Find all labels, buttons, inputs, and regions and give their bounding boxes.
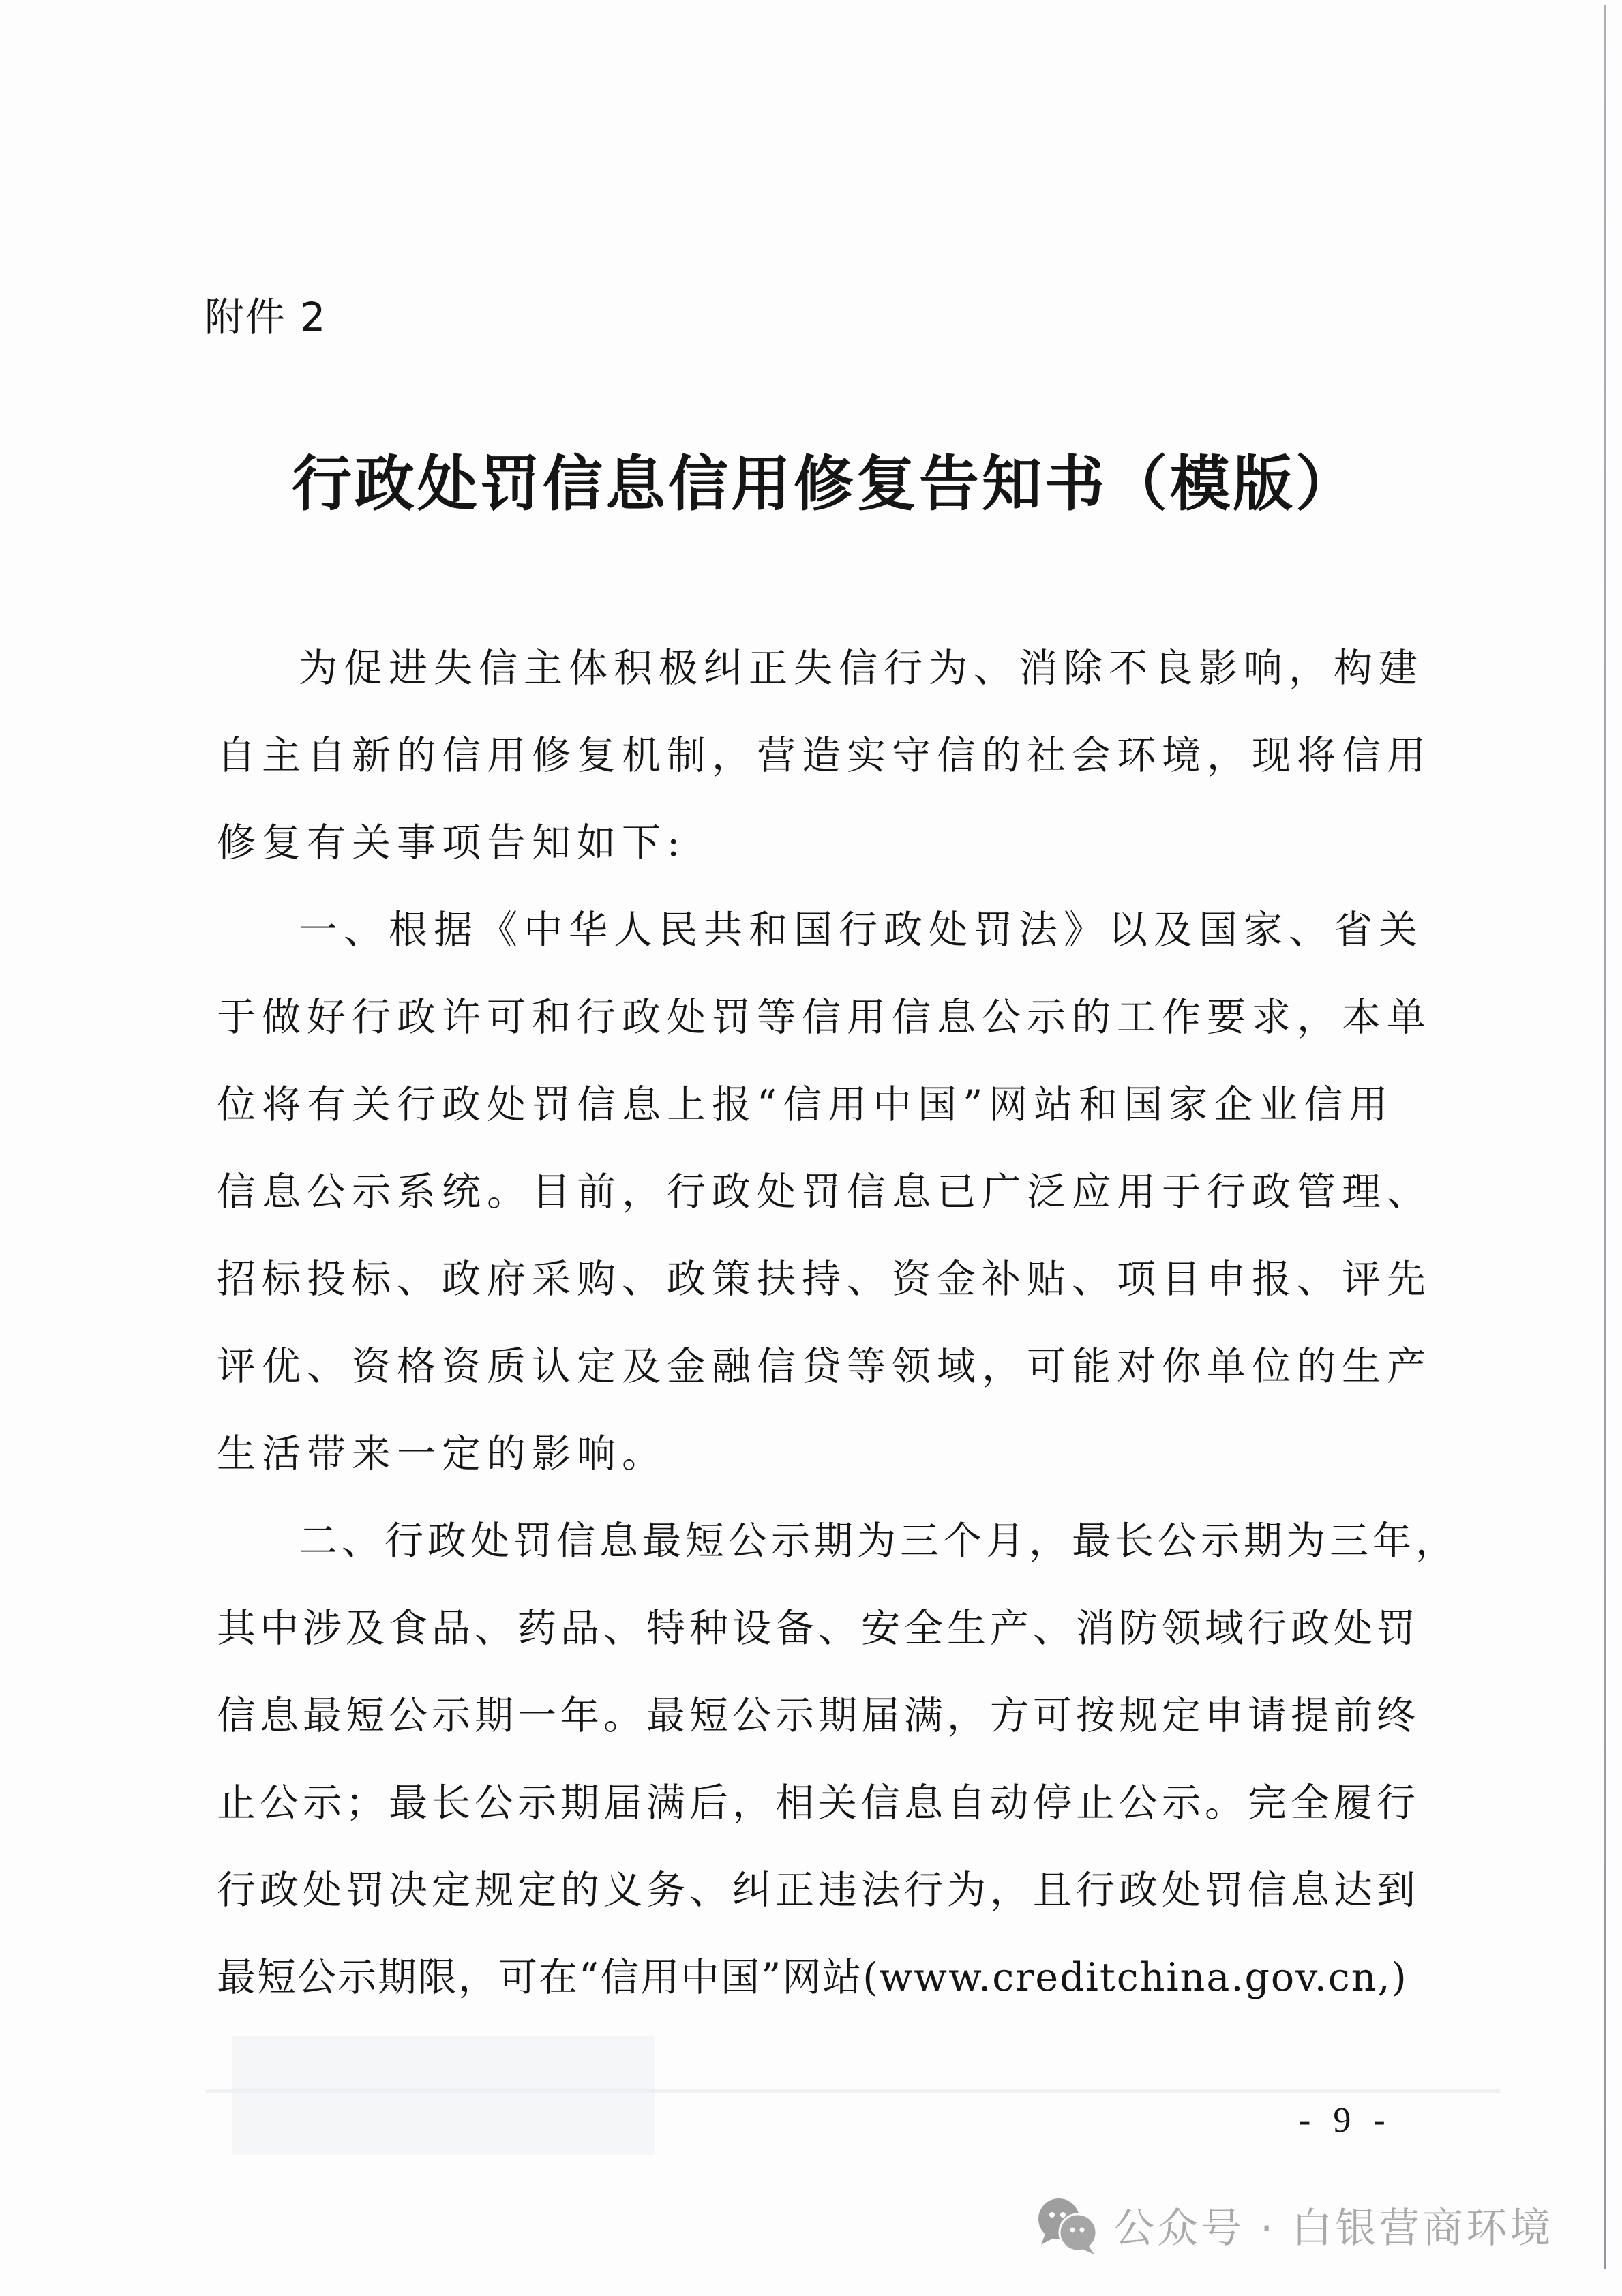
attachment-label: 附件 2	[205, 285, 327, 342]
document-title: 行政处罚信息信用修复告知书（模版）	[292, 436, 1383, 522]
page-edge-line	[1604, 5, 1606, 2269]
body-line: 自主自新的信用修复机制，营造实守信的社会环境，现将信用	[217, 728, 1432, 783]
body-line: 止公示；最长公示期届满后，相关信息自动停止公示。完全履行	[217, 1776, 1420, 1830]
body-line: 其中涉及食品、药品、特种设备、安全生产、消防领域行政处罚	[217, 1601, 1420, 1656]
body-line: 二、行政处罚信息最短公示期为三个月，最长公示期为三年，	[299, 1514, 1458, 1568]
watermark: 公众号 · 白银营商环境	[1033, 2194, 1553, 2256]
body-line: 招标投标、政府采购、政策扶持、资金补贴、项目申报、评先	[217, 1252, 1432, 1307]
body-line: 修复有关事项告知如下:	[217, 816, 686, 870]
body-line: 于做好行政许可和行政处罚等信用信息公示的工作要求，本单	[217, 990, 1432, 1045]
body-line: 位将有关行政处罚信息上报“信用中国”网站和国家企业信用	[217, 1077, 1394, 1132]
body-line: 生活带来一定的影响。	[217, 1427, 667, 1481]
watermark-text: 公众号 · 白银营商环境	[1113, 2196, 1553, 2254]
body-line: 信息最短公示期一年。最短公示期届满，方可按规定申请提前终	[217, 1688, 1420, 1743]
page-number: - 9 -	[1299, 2100, 1392, 2141]
wechat-icon	[1033, 2194, 1101, 2256]
body-line: 评优、资格资质认定及金融信贷等领域，可能对你单位的生产	[217, 1339, 1432, 1394]
scan-bleed-through	[232, 2036, 655, 2155]
body-line: 信息公示系统。目前，行政处罚信息已广泛应用于行政管理、	[217, 1165, 1432, 1219]
scan-bleed-line	[205, 2089, 1500, 2093]
body-line: 行政处罚决定规定的义务、纠正违法行为，且行政处罚信息达到	[217, 1863, 1420, 1918]
body-line: 为促进失信主体积极纠正失信行为、消除不良影响，构建	[299, 641, 1424, 696]
body-line: 最短公示期限，可在“信用中国”网站(www.creditchina.gov.cn…	[217, 1950, 1408, 2005]
body-line: 一、根据《中华人民共和国行政处罚法》以及国家、省关	[299, 903, 1424, 957]
